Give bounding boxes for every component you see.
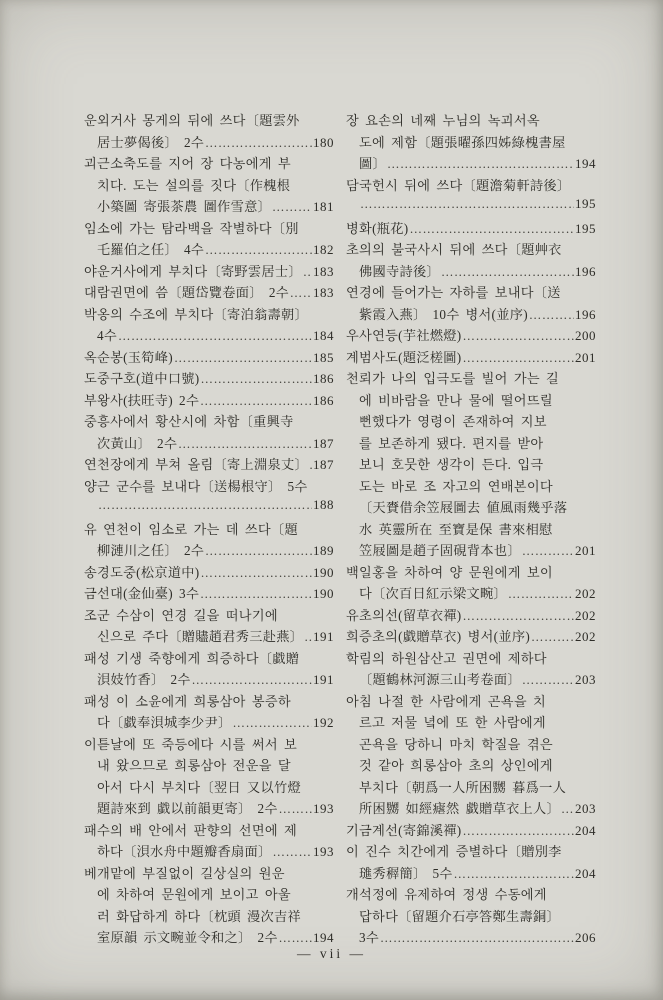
toc-entry-text: 다〔次百日紅示梁文畹〕 [359,583,507,602]
toc-page-number: 190 [313,586,334,602]
dot-leader: …………………………………………………………………………………………………………… [380,931,574,946]
toc-entry-text: 백일홍을 차하여 양 문원에게 보이 [346,562,553,581]
dot-leader: …………………………………………………………………………………………………………… [304,630,312,645]
toc-line: 임소에 가는 탐라백을 작별하다〔別 [84,218,334,240]
toc-line: 옥순봉(玉筍峰)……………………………………………………………………………………… [84,347,334,369]
toc-line: 浿妓竹香〕 2수……………………………………………………………………………………… [84,669,334,691]
toc-column-right: 장 요손의 네째 누님의 녹괴서옥도에 제함〔題張曜孫四姊綠槐書屋圖〕……………… [346,110,596,949]
toc-entry-text: 이튿날에 또 죽등에다 시를 써서 보 [84,734,297,753]
dot-leader: …………………………………………………………………………………………………………… [409,222,574,237]
toc-entry-text: 운외거사 몽게의 뒤에 쓰다〔題雲外 [84,110,300,129]
toc-page-number: 200 [575,328,596,344]
dot-leader: …………………………………………………………………………………………………………… [360,197,574,212]
toc-line: 송경도중(松京道中)………………………………………………………………………………… [84,562,334,584]
dot-leader: …………………………………………………………………………………………………………… [441,265,574,280]
toc-page-number: 192 [313,715,334,731]
toc-line: 〔天賚借余笠屐圖去 値風雨幾乎落 [346,497,596,519]
toc-line: 도는 바로 조 자고의 연배본이다 [346,476,596,498]
toc-entry-text: 하다〔浿水舟中題瓣香扇面〕 [97,841,271,860]
toc-line: 도중구호(道中口號)………………………………………………………………………………… [84,368,334,390]
toc-entry-text: 를 보존하게 됐다. 편지를 받아 [359,433,543,452]
toc-line: 곤욕을 당하니 마치 학질을 겪은 [346,734,596,756]
toc-entry-text: 紫霞入燕〕 10수 병서(並序) [359,304,528,323]
toc-entry-text: 에 차하여 문원에게 보이고 아울 [97,884,291,903]
toc-entry-text: 아서 다시 부치다〔翌日 又以竹燈 [97,777,301,796]
toc-entry-text: 아침 나절 한 사람에게 곤욕을 치 [346,691,546,710]
toc-line: 담국헌시 뒤에 쓰다〔題澹菊軒詩後〕 [346,175,596,197]
toc-line: 所困嬲 如經瘧然 戱贈草衣上人〕………………………………………………………………… [346,798,596,820]
toc-entry-text: 3수 [359,927,379,946]
dot-leader: …………………………………………………………………………………………………………… [290,286,312,301]
dot-leader: …………………………………………………………………………………………………………… [205,544,312,559]
toc-line: 희증초의(戱贈草衣) 병서(並序)……………………………………………………………… [346,626,596,648]
toc-line: 紫霞入燕〕 10수 병서(並序)………………………………………………………………… [346,304,596,326]
dot-leader: …………………………………………………………………………………………………………… [191,673,312,688]
toc-column-left: 운외거사 몽게의 뒤에 쓰다〔題雲外居士夢偈後〕 2수…………………………………… [84,110,334,949]
toc-line: 야운거사에게 부치다〔寄野雲居士〕……………………………………………………………… [84,261,334,283]
toc-line: 베개맡에 부질없이 길상실의 원운 [84,863,334,885]
toc-line: 기금계선(寄錦溪禪)………………………………………………………………………………… [346,820,596,842]
toc-line: 패성 기생 죽향에게 희증하다〔戱贈 [84,648,334,670]
toc-line: …………………………………………………………………………………………………………… [84,497,334,519]
dot-leader: …………………………………………………………………………………………………………… [272,845,312,860]
toc-entry-text: 〔題鶴林河源三山考卷面〕 [359,669,521,688]
toc-line: 부왕사(扶旺寺) 2수……………………………………………………………………………… [84,390,334,412]
toc-page-number: 203 [575,801,596,817]
book-page: 운외거사 몽게의 뒤에 쓰다〔題雲外居士夢偈後〕 2수…………………………………… [0,0,663,1000]
toc-entry-text: 답하다〔留題介石亭答鄭生壽銅〕 [359,906,560,925]
toc-entry-text: 치다. 도는 설의를 짓다〔作槐根 [97,175,290,194]
toc-line: 백일홍을 차하여 양 문원에게 보이 [346,562,596,584]
dot-leader: …………………………………………………………………………………………………………… [508,587,574,602]
toc-line: 계범사도(題泛槎圖)………………………………………………………………………………… [346,347,596,369]
dot-leader: …………………………………………………………………………………………………………… [205,136,312,151]
dot-leader: …………………………………………………………………………………………………………… [118,329,312,344]
toc-line: 아침 나절 한 사람에게 곤욕을 치 [346,691,596,713]
toc-entry-text: 박옹의 수조에 부치다〔寄泊翁壽朝〕 [84,304,308,323]
toc-entry-text: 패수의 배 안에서 판향의 선면에 제 [84,820,297,839]
toc-line: 璡秀稺簡〕 5수……………………………………………………………………………………… [346,863,596,885]
toc-page-number: 201 [575,543,596,559]
dot-leader: …………………………………………………………………………………………………………… [200,587,312,602]
toc-entry-text: 浿妓竹香〕 2수 [97,669,190,688]
toc-entry-text: 이 진수 치간에게 증별하다〔贈別李 [346,841,562,860]
toc-line: 금선대(金仙臺) 3수……………………………………………………………………………… [84,583,334,605]
toc-page-number: 182 [313,242,334,258]
toc-line: 보니 호뭇한 생각이 든다. 입극 [346,454,596,476]
toc-page-number: 185 [313,350,334,366]
toc-line: 아서 다시 부치다〔翌日 又以竹燈 [84,777,334,799]
toc-page-number: 202 [575,586,596,602]
toc-page-number: 186 [313,371,334,387]
dot-leader: …………………………………………………………………………………………………………… [463,329,575,344]
toc-entry-text: 도에 제함〔題張曜孫四姊綠槐書屋 [359,132,566,151]
toc-page-number: 187 [313,457,334,473]
toc-entry-text: 송경도중(松京道中) [84,562,200,581]
toc-entry-text: 초의의 불국사시 뒤에 쓰다〔題艸衣 [346,239,562,258]
toc-entry-text: 笠屐圖是趙子固硯背本也〕 [359,540,521,559]
toc-line: 佛國寺詩後〕…………………………………………………………………………………………… [346,261,596,283]
toc-line: 次黃山〕 2수………………………………………………………………………………………… [84,433,334,455]
toc-line: 도에 제함〔題張曜孫四姊綠槐書屋 [346,132,596,154]
toc-line: 乇羅伯之任〕 4수…………………………………………………………………………………… [84,239,334,261]
toc-page-number: 195 [575,221,596,237]
toc-line: 괴근소축도를 지어 장 다농에게 부 [84,153,334,175]
toc-entry-text: 야운거사에게 부치다〔寄野雲居士〕 [84,261,302,280]
toc-line: 이 진수 치간에게 증별하다〔贈別李 [346,841,596,863]
toc-line: 치다. 도는 설의를 짓다〔作槐根 [84,175,334,197]
toc-line: 다〔次百日紅示梁文畹〕……………………………………………………………………………… [346,583,596,605]
toc-line: 題詩來到 戱以前韻更寄〕 2수…………………………………………………………………… [84,798,334,820]
toc-entry-text: 학림의 하원삼산고 권면에 제하다 [346,648,547,667]
toc-entry-text: 우사연등(芋社燃燈) [346,325,462,344]
toc-entry-text: 璡秀稺簡〕 5수 [359,863,452,882]
toc-page-number: 195 [575,196,596,212]
toc-entry-text: 보니 호뭇한 생각이 든다. 입극 [359,454,543,473]
toc-page-number: 201 [575,350,596,366]
toc-entry-text: 곤욕을 당하니 마치 학질을 겪은 [359,734,553,753]
toc-page-number: 190 [313,565,334,581]
toc-line: 대람권면에 씀〔題岱覽卷面〕 2수……………………………………………………………… [84,282,334,304]
toc-entry-text: 題詩來到 戱以前韻更寄〕 2수 [97,798,278,817]
toc-line: 운외거사 몽게의 뒤에 쓰다〔題雲外 [84,110,334,132]
dot-leader: …………………………………………………………………………………………………………… [463,351,575,366]
toc-page-number: 194 [313,930,334,946]
toc-line: 천뢰가 나의 입극도를 빌어 가는 길 [346,368,596,390]
dot-leader: …………………………………………………………………………………………………………… [201,566,313,581]
toc-line: 하다〔浿水舟中題瓣香扇面〕………………………………………………………………………… [84,841,334,863]
dot-leader: …………………………………………………………………………………………………………… [200,394,312,409]
toc-line: 초의의 불국사시 뒤에 쓰다〔題艸衣 [346,239,596,261]
toc-entry-text: 기금계선(寄錦溪禪) [346,820,462,839]
toc-entry-text: 임소에 가는 탐라백을 작별하다〔別 [84,218,299,237]
toc-entry-text: 부왕사(扶旺寺) 2수 [84,390,199,409]
toc-entry-text: 水 英靈所在 至寶是保 書來相慰 [359,519,553,538]
toc-page-number: 194 [575,156,596,172]
toc-entry-text: 유초의선(留草衣禪) [346,605,462,624]
toc-entry-text: 희증초의(戱贈草衣) 병서(並序) [346,626,530,645]
toc-entry-text: 베개맡에 부질없이 길상실의 원운 [84,863,285,882]
toc-entry-text: 乇羅伯之任〕 4수 [97,239,204,258]
toc-entry-text: 담국헌시 뒤에 쓰다〔題澹菊軒詩後〕 [346,175,570,194]
dot-leader: …………………………………………………………………………………………………………… [561,802,574,817]
toc-line: 병화(瓶花)…………………………………………………………………………………………… [346,218,596,240]
toc-entry-text: 것 같아 희롱삼아 초의 상인에게 [359,755,553,774]
toc-line: 〔題鶴林河源三山考卷面〕…………………………………………………………………………… [346,669,596,691]
dot-leader: …………………………………………………………………………………………………………… [279,931,313,946]
toc-page-number: 183 [313,264,334,280]
toc-page-number: 188 [313,497,334,513]
toc-page-number: 196 [575,307,596,323]
toc-page-number: 203 [575,672,596,688]
toc-line: 이튿날에 또 죽등에다 시를 써서 보 [84,734,334,756]
toc-line: 笠屐圖是趙子固硯背本也〕…………………………………………………………………………… [346,540,596,562]
toc-entry-text: 室原韻 示文畹並令和之〕 2수 [97,927,278,946]
toc-line: 居士夢偈後〕 2수…………………………………………………………………………………… [84,132,334,154]
dot-leader: …………………………………………………………………………………………………………… [201,372,313,387]
toc-entry-text: 居士夢偈後〕 2수 [97,132,204,151]
toc-entry-text: 중흥사에서 황산시에 차함〔重興寺 [84,411,294,430]
toc-line: 유초의선(留草衣禪)………………………………………………………………………………… [346,605,596,627]
toc-entry-text: 대람권면에 씀〔題岱覽卷面〕 2수 [84,282,289,301]
toc-line: 연경에 들어가는 자하를 보내다〔送 [346,282,596,304]
toc-entry-text: 병화(瓶花) [346,218,408,237]
toc-line: 러 화답하게 하다〔枕頭 漫次吉祥 [84,906,334,928]
toc-line: 를 보존하게 됐다. 편지를 받아 [346,433,596,455]
toc-entry-text: 패성 이 소윤에게 희롱삼아 봉증하 [84,691,291,710]
dot-leader: …………………………………………………………………………………………………………… [272,200,312,215]
toc-line: 다〔戱奉浿城李少尹〕………………………………………………………………………………… [84,712,334,734]
toc-line: 것 같아 희롱삼아 초의 상인에게 [346,755,596,777]
toc-entry-text: 천뢰가 나의 입극도를 빌어 가는 길 [346,368,559,387]
dot-leader: …………………………………………………………………………………………………………… [522,673,574,688]
dot-leader: …………………………………………………………………………………………………………… [531,630,574,645]
toc-entry-text: 〔天賚借余笠屐圖去 値風雨幾乎落 [359,497,567,516]
toc-entry-text: 에 비바람을 만나 물에 떨어뜨릴 [359,390,553,409]
toc-line: 에 차하여 문원에게 보이고 아울 [84,884,334,906]
toc-line: …………………………………………………………………………………………………………… [346,196,596,218]
toc-line: 양근 군수를 보내다〔送楊根守〕 5수 [84,476,334,498]
toc-entry-text: 부치다〔朝爲一人所困嬲 暮爲一人 [359,777,566,796]
toc-line: 내 왔으므로 희롱삼아 전운을 달 [84,755,334,777]
toc-line: 중흥사에서 황산시에 차함〔重興寺 [84,411,334,433]
dot-leader: …………………………………………………………………………………………………………… [529,308,574,323]
dot-leader: …………………………………………………………………………………………………………… [232,716,312,731]
toc-entry-text: 장 요손의 네째 누님의 녹괴서옥 [346,110,540,129]
toc-entry-text: 연경에 들어가는 자하를 보내다〔送 [346,282,561,301]
toc-page-number: 180 [313,135,334,151]
toc-line: 圖〕……………………………………………………………………………………………………… [346,153,596,175]
toc-entry-text: 뻔했다가 영령이 존재하여 지보 [359,411,547,430]
toc-line: 신으로 주다〔贈贐趙君秀三赴燕〕………………………………………………………………… [84,626,334,648]
toc-entry-text: 르고 저물 녘에 또 한 사람에게 [359,712,546,731]
toc-page-number: 189 [313,543,334,559]
toc-line: 장 요손의 네째 누님의 녹괴서옥 [346,110,596,132]
toc-line: 4수……………………………………………………………………………………………………… [84,325,334,347]
dot-leader: …………………………………………………………………………………………………………… [178,437,312,452]
dot-leader: …………………………………………………………………………………………………………… [309,458,312,473]
toc-entry-text: 패성 기생 죽향에게 희증하다〔戱贈 [84,648,299,667]
toc-line: 패수의 배 안에서 판향의 선면에 제 [84,820,334,842]
dot-leader: …………………………………………………………………………………………………………… [279,802,313,817]
toc-line: 패성 이 소윤에게 희롱삼아 봉증하 [84,691,334,713]
toc-page-number: 191 [313,672,334,688]
toc-line: 水 英靈所在 至寶是保 書來相慰 [346,519,596,541]
toc-entry-text: 계범사도(題泛槎圖) [346,347,462,366]
toc-entry-text: 佛國寺詩後〕 [359,261,440,280]
page-number: — vii — [0,946,663,962]
toc-page-number: 187 [313,436,334,452]
toc-page-number: 202 [575,608,596,624]
toc-line: 답하다〔留題介石亭答鄭生壽銅〕 [346,906,596,928]
toc-entry-text: 柳漣川之任〕 2수 [97,540,204,559]
toc-line: 박옹의 수조에 부치다〔寄泊翁壽朝〕 [84,304,334,326]
dot-leader: …………………………………………………………………………………………………………… [174,351,312,366]
toc-page-number: 202 [575,629,596,645]
toc-page-number: 204 [575,866,596,882]
toc-page-number: 196 [575,264,596,280]
dot-leader: …………………………………………………………………………………………………………… [463,609,575,624]
toc-entry-text: 개석정에 유제하여 정생 수동에게 [346,884,547,903]
toc-line: 학림의 하원삼산고 권면에 제하다 [346,648,596,670]
toc-line: 우사연등(芋社燃燈)………………………………………………………………………………… [346,325,596,347]
toc-entry-text: 次黃山〕 2수 [97,433,177,452]
dot-leader: …………………………………………………………………………………………………………… [522,544,574,559]
toc-line: 柳漣川之任〕 2수…………………………………………………………………………………… [84,540,334,562]
toc-line: 르고 저물 녘에 또 한 사람에게 [346,712,596,734]
toc-line: 뻔했다가 영령이 존재하여 지보 [346,411,596,433]
toc-entry-text: 조군 수삼이 연경 길을 떠나기에 [84,605,278,624]
toc-entry-text: 신으로 주다〔贈贐趙君秀三赴燕〕 [97,626,303,645]
toc-entry-text: 다〔戱奉浿城李少尹〕 [97,712,231,731]
toc-page-number: 193 [313,844,334,860]
toc-line: 부치다〔朝爲一人所困嬲 暮爲一人 [346,777,596,799]
toc-entry-text: 금선대(金仙臺) 3수 [84,583,199,602]
toc-entry-text: 유 연천이 임소로 가는 데 쓰다〔題 [84,519,298,538]
dot-leader: …………………………………………………………………………………………………………… [205,243,312,258]
toc-entry-text: 도는 바로 조 자고의 연배본이다 [359,476,553,495]
toc-entry-text: 내 왔으므로 희롱삼아 전운을 달 [97,755,291,774]
toc-entry-text: 4수 [97,325,117,344]
toc-entry-text: 양근 군수를 보내다〔送楊根守〕 5수 [84,476,307,495]
toc-page-number: 183 [313,285,334,301]
dot-leader: …………………………………………………………………………………………………………… [463,824,575,839]
dot-leader: …………………………………………………………………………………………………………… [98,498,312,513]
toc-entry-text: 圖〕 [359,153,386,172]
toc-page-number: 206 [575,930,596,946]
toc-page-number: 184 [313,328,334,344]
toc-line: 개석정에 유제하여 정생 수동에게 [346,884,596,906]
toc-entry-text: 所困嬲 如經瘧然 戱贈草衣上人〕 [359,798,560,817]
dot-leader: …………………………………………………………………………………………………………… [453,867,574,882]
toc-entry-text: 괴근소축도를 지어 장 다농에게 부 [84,153,291,172]
dot-leader: …………………………………………………………………………………………………………… [303,265,312,280]
toc-line: 小築圖 寄張茶農 圖作雪意〕……………………………………………………………………… [84,196,334,218]
toc-entry-text: 옥순봉(玉筍峰) [84,347,173,366]
toc-page-number: 191 [313,629,334,645]
toc-entry-text: 도중구호(道中口號) [84,368,200,387]
toc-page-number: 193 [313,801,334,817]
toc-page-number: 204 [575,823,596,839]
toc-line: 연천장에게 부쳐 올림〔寄上淵泉丈〕…………………………………………………………… [84,454,334,476]
toc-entry-text: 小築圖 寄張茶農 圖作雪意〕 [97,196,271,215]
toc-line: 유 연천이 임소로 가는 데 쓰다〔題 [84,519,334,541]
dot-leader: …………………………………………………………………………………………………………… [387,157,574,172]
toc-entry-text: 러 화답하게 하다〔枕頭 漫次吉祥 [97,906,301,925]
toc-page-number: 186 [313,393,334,409]
toc-columns: 운외거사 몽게의 뒤에 쓰다〔題雲外居士夢偈後〕 2수…………………………………… [84,110,596,949]
toc-entry-text: 연천장에게 부쳐 올림〔寄上淵泉丈〕 [84,454,308,473]
toc-line: 에 비바람을 만나 물에 떨어뜨릴 [346,390,596,412]
toc-line: 조군 수삼이 연경 길을 떠나기에 [84,605,334,627]
toc-page-number: 181 [313,199,334,215]
